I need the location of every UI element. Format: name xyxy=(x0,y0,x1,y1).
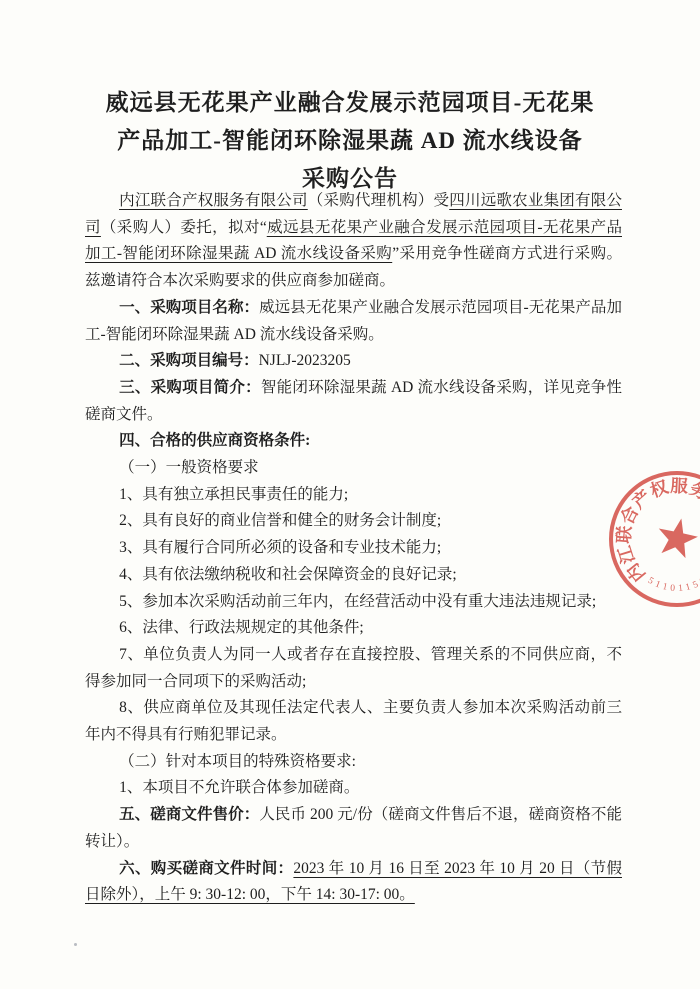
text-run: （一）一般资格要求 xyxy=(119,459,259,476)
document-body: 内江联合产权服务有限公司（采购代理机构）受四川远歌农业集团有限公司（采购人）委托… xyxy=(85,188,622,909)
text-run: 六、购买磋商文件时间： xyxy=(119,860,293,877)
text-run: 7、单位负责人为同一人或者存在直接控股、管理关系的不同供应商，不得参加同一合同项… xyxy=(85,646,622,690)
text-run: 一、采购项目名称： xyxy=(119,299,259,316)
text-run: 五、磋商文件售价： xyxy=(119,806,259,823)
paragraph: （二）针对本项目的特殊资格要求: xyxy=(85,749,622,776)
stamp-star-icon xyxy=(654,514,700,559)
stamp-number: 511011503 xyxy=(646,569,700,594)
paragraph: 三、采购项目简介：智能闭环除湿果蔬 AD 流水线设备采购，详见竞争性磋商文件。 xyxy=(85,375,622,428)
text-run: NJLJ-2023205 xyxy=(259,352,351,369)
text-run: （二）针对本项目的特殊资格要求: xyxy=(119,753,356,770)
text-run: 5、参加本次采购活动前三年内，在经营活动中没有重大违法违规记录; xyxy=(119,593,596,610)
text-run: （采购代理机构）受 xyxy=(308,192,450,209)
paragraph: 7、单位负责人为同一人或者存在直接控股、管理关系的不同供应商，不得参加同一合同项… xyxy=(85,642,622,695)
title-line-1: 威远县无花果产业融合发展示范园项目-无花果 xyxy=(58,84,642,122)
paragraph: 3、具有履行合同所必须的设备和专业技术能力; xyxy=(85,535,622,562)
text-run: 8、供应商单位及其现任法定代表人、主要负责人参加本次采购活动前三年内不得具有行贿… xyxy=(85,699,622,743)
paragraph: 1、本项目不允许联合体参加磋商。 xyxy=(85,775,622,802)
text-run: 1、本项目不允许联合体参加磋商。 xyxy=(119,779,359,796)
paragraph: 1、具有独立承担民事责任的能力; xyxy=(85,482,622,509)
text-run: 二、采购项目编号： xyxy=(119,352,259,369)
paragraph: 4、具有依法缴纳税收和社会保障资金的良好记录; xyxy=(85,562,622,589)
scan-artifact-dot xyxy=(74,943,77,946)
text-run: 四、合格的供应商资格条件: xyxy=(119,432,310,449)
paragraph: 四、合格的供应商资格条件: xyxy=(85,428,622,455)
text-run: 2、具有良好的商业信誉和健全的财务会计制度; xyxy=(119,512,441,529)
stamp-circle xyxy=(611,473,700,605)
text-run: 3、具有履行合同所必须的设备和专业技术能力; xyxy=(119,539,441,556)
text-run: 4、具有依法缴纳税收和社会保障资金的良好记录; xyxy=(119,566,457,583)
page-title: 威远县无花果产业融合发展示范园项目-无花果 产品加工-智能闭环除湿果蔬 AD 流… xyxy=(58,84,642,198)
paragraph: 内江联合产权服务有限公司（采购代理机构）受四川远歌农业集团有限公司（采购人）委托… xyxy=(85,188,622,295)
text-run: 三、采购项目简介： xyxy=(119,379,261,396)
paragraph: 6、法律、行政法规规定的其他条件; xyxy=(85,615,622,642)
paragraph: 一、采购项目名称：威远县无花果产业融合发展示范园项目-无花果产品加工-智能闭环除… xyxy=(85,295,622,348)
paragraph: （一）一般资格要求 xyxy=(85,455,622,482)
paragraph: 二、采购项目编号：NJLJ-2023205 xyxy=(85,348,622,375)
text-run: 内江联合产权服务有限公司 xyxy=(119,192,308,209)
paragraph: 五、磋商文件售价：人民币 200 元/份（磋商文件售后不退，磋商资格不能转让）。 xyxy=(85,802,622,855)
document-page: 威远县无花果产业融合发展示范园项目-无花果 产品加工-智能闭环除湿果蔬 AD 流… xyxy=(0,0,700,989)
text-run: 1、具有独立承担民事责任的能力; xyxy=(119,486,348,503)
text-run: （采购人）委托，拟对“ xyxy=(101,219,267,236)
paragraph: 六、购买磋商文件时间：2023 年 10 月 16 日至 2023 年 10 月… xyxy=(85,856,622,909)
paragraph: 2、具有良好的商业信誉和健全的财务会计制度; xyxy=(85,508,622,535)
title-line-2: 产品加工-智能闭环除湿果蔬 AD 流水线设备 xyxy=(58,122,642,160)
paragraph: 5、参加本次采购活动前三年内，在经营活动中没有重大违法违规记录; xyxy=(85,589,622,616)
text-run: 6、法律、行政法规规定的其他条件; xyxy=(119,619,364,636)
paragraph: 8、供应商单位及其现任法定代表人、主要负责人参加本次采购活动前三年内不得具有行贿… xyxy=(85,695,622,748)
